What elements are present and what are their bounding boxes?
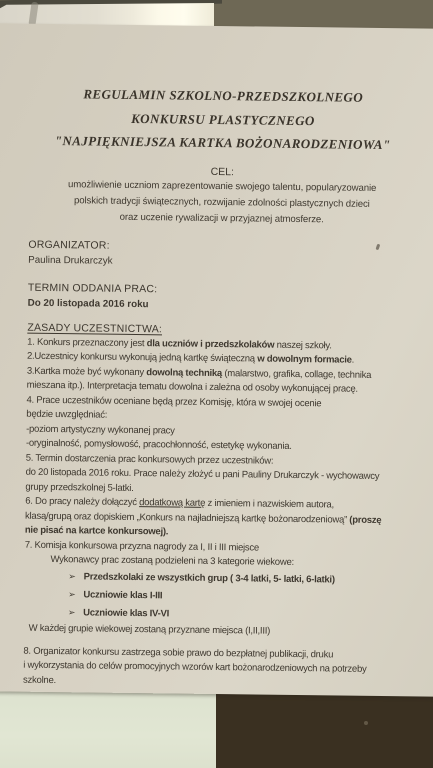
rule-text-segment: 3.Kartka może być wykonany	[27, 365, 147, 377]
rule-text-segment: w dowolnym formacie	[257, 353, 352, 365]
rule-text-segment: z imieniem i nazwiskiem autora,	[205, 498, 334, 511]
rule-text-segment: Uczniowie klas IV-VI	[83, 607, 169, 619]
document-content: REGULAMIN SZKOLNO-PRZEDSZKOLNEGO KONKURS…	[0, 23, 433, 696]
rule-text-segment: -poziom artystyczny wykonanej pracy	[26, 423, 175, 436]
document-paper: REGULAMIN SZKOLNO-PRZEDSZKOLNEGO KONKURS…	[0, 23, 433, 696]
rule-text-segment: (malarstwo, grafika, collage, technika	[222, 368, 371, 381]
title-line: REGULAMIN SZKOLNO-PRZEDSZKOLNEGO	[30, 82, 416, 110]
surface-below-left	[0, 689, 220, 768]
rule-text-segment: nie pisać na kartce konkursowej).	[25, 525, 168, 538]
rule-text-segment: naszej szkoły.	[274, 339, 331, 351]
section-rules: ZASADY UCZESTNICTWA: 1. Konkurs przeznac…	[23, 319, 413, 692]
section-cel-body: umożliwienie uczniom zaprezentowanie swo…	[29, 176, 416, 229]
rule-text-segment: grupy przedszkolnej 5-latki.	[25, 481, 133, 493]
rule-text-segment: Wykonawcy prac zostaną podzieleni na 3 k…	[50, 554, 293, 568]
rule-text-segment: dodatkową kartę	[139, 497, 205, 509]
rule-text-segment: 1. Konkurs przeznaczony jest	[27, 336, 147, 348]
rule-text-segment: 7. Komisja konkursowa przyzna nagrody za…	[25, 539, 259, 553]
rule-text-segment: będzie uwzględniać:	[26, 409, 107, 421]
rule-text-segment: 4. Prace uczestników oceniane będą przez…	[26, 394, 321, 409]
rule-text-segment: mieszana itp.). Interpretacja tematu dow…	[27, 380, 358, 395]
title-line: "NAJPIĘKNIEJSZA KARTKA BOŻONARODZENIOWA"	[30, 129, 416, 157]
rule-text-segment: dowolną techniką	[146, 367, 222, 379]
rule-text-segment: -oryginalność, pomysłowość, pracochłonno…	[26, 438, 292, 452]
rule-text-segment: W każdej grupie wiekowej zostaną przyzna…	[29, 623, 270, 637]
rule-text-segment: Uczniowie klas I-III	[83, 589, 162, 601]
rule-text-segment: do 20 listopada 2016 roku. Prace należy …	[26, 467, 380, 482]
section-organizator: ORGANIZATOR: Paulina Drukarczyk	[28, 237, 414, 272]
rule-text-segment: 8. Organizator konkursu zastrzega sobie …	[23, 645, 333, 660]
surface-below-right	[216, 690, 433, 768]
rule-text-segment: Przedszkolaki ze wszystkich grup ( 3-4 l…	[84, 571, 335, 585]
rule-text-segment: (proszę	[349, 514, 381, 525]
dust-speck	[364, 721, 368, 725]
rule-text-segment: i wykorzystania do celów promocyjnych wz…	[23, 660, 366, 675]
document-title: REGULAMIN SZKOLNO-PRZEDSZKOLNEGO KONKURS…	[30, 82, 417, 157]
rule-text-segment: klasą/grupą oraz dopiskiem „Konkurs na n…	[25, 510, 349, 525]
rule-text-segment: dla uczniów i przedszkolaków	[147, 338, 275, 351]
rule-text-segment: 6. Do pracy należy dołączyć	[25, 496, 139, 508]
photo-scene: REGULAMIN SZKOLNO-PRZEDSZKOLNEGO KONKURS…	[0, 0, 433, 768]
rule-text-segment: .	[352, 355, 355, 366]
rules-list: 1. Konkurs przeznaczony jest dla uczniów…	[23, 335, 413, 692]
rule-text-segment: 5. Termin dostarczenia prac konkursowych…	[26, 452, 274, 466]
arrow-bullet-icon: ➢	[68, 608, 75, 618]
rule-text-segment: 2.Uczestnicy konkursu wykonują jedną kar…	[27, 351, 257, 365]
arrow-bullet-icon: ➢	[68, 590, 75, 600]
section-termin: TERMIN ODDANIA PRAC: Do 20 listopada 201…	[28, 280, 414, 315]
arrow-bullet-icon: ➢	[68, 572, 75, 582]
rule-text-segment: szkolne.	[23, 674, 56, 685]
